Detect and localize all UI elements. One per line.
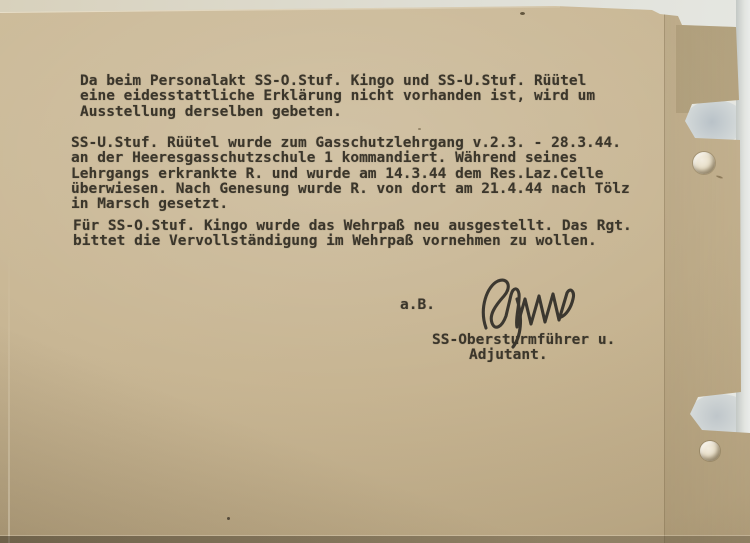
scanned-document-photo: Da beim Personalakt SS-O.Stuf. Kingo und… [0, 0, 750, 543]
paragraph-gas-course-history: SS-U.Stuf. Rüütel wurde zum Gasschutzleh… [71, 136, 630, 212]
signature-rank-line: SS-Obersturmführer u. [432, 333, 615, 348]
paper-bottom-edge [0, 536, 750, 543]
paper-crease [8, 250, 10, 543]
ink-speck [520, 12, 525, 15]
signature-title-line: Adjutant. [469, 348, 548, 363]
signature-prefix: a.B. [400, 298, 435, 313]
punch-hole-top [693, 152, 715, 174]
paragraph-request-declaration: Da beim Personalakt SS-O.Stuf. Kingo und… [80, 74, 595, 120]
ink-speck [227, 517, 230, 520]
paper-top-edge-highlight [0, 6, 560, 13]
ink-speck [418, 128, 421, 130]
paper-sheet: Da beim Personalakt SS-O.Stuf. Kingo und… [0, 0, 750, 543]
punch-hole-bottom [700, 441, 720, 461]
paragraph-wehrpass-note: Für SS-O.Stuf. Kingo wurde das Wehrpaß n… [73, 219, 632, 250]
paper-discolored-patch [676, 25, 741, 113]
